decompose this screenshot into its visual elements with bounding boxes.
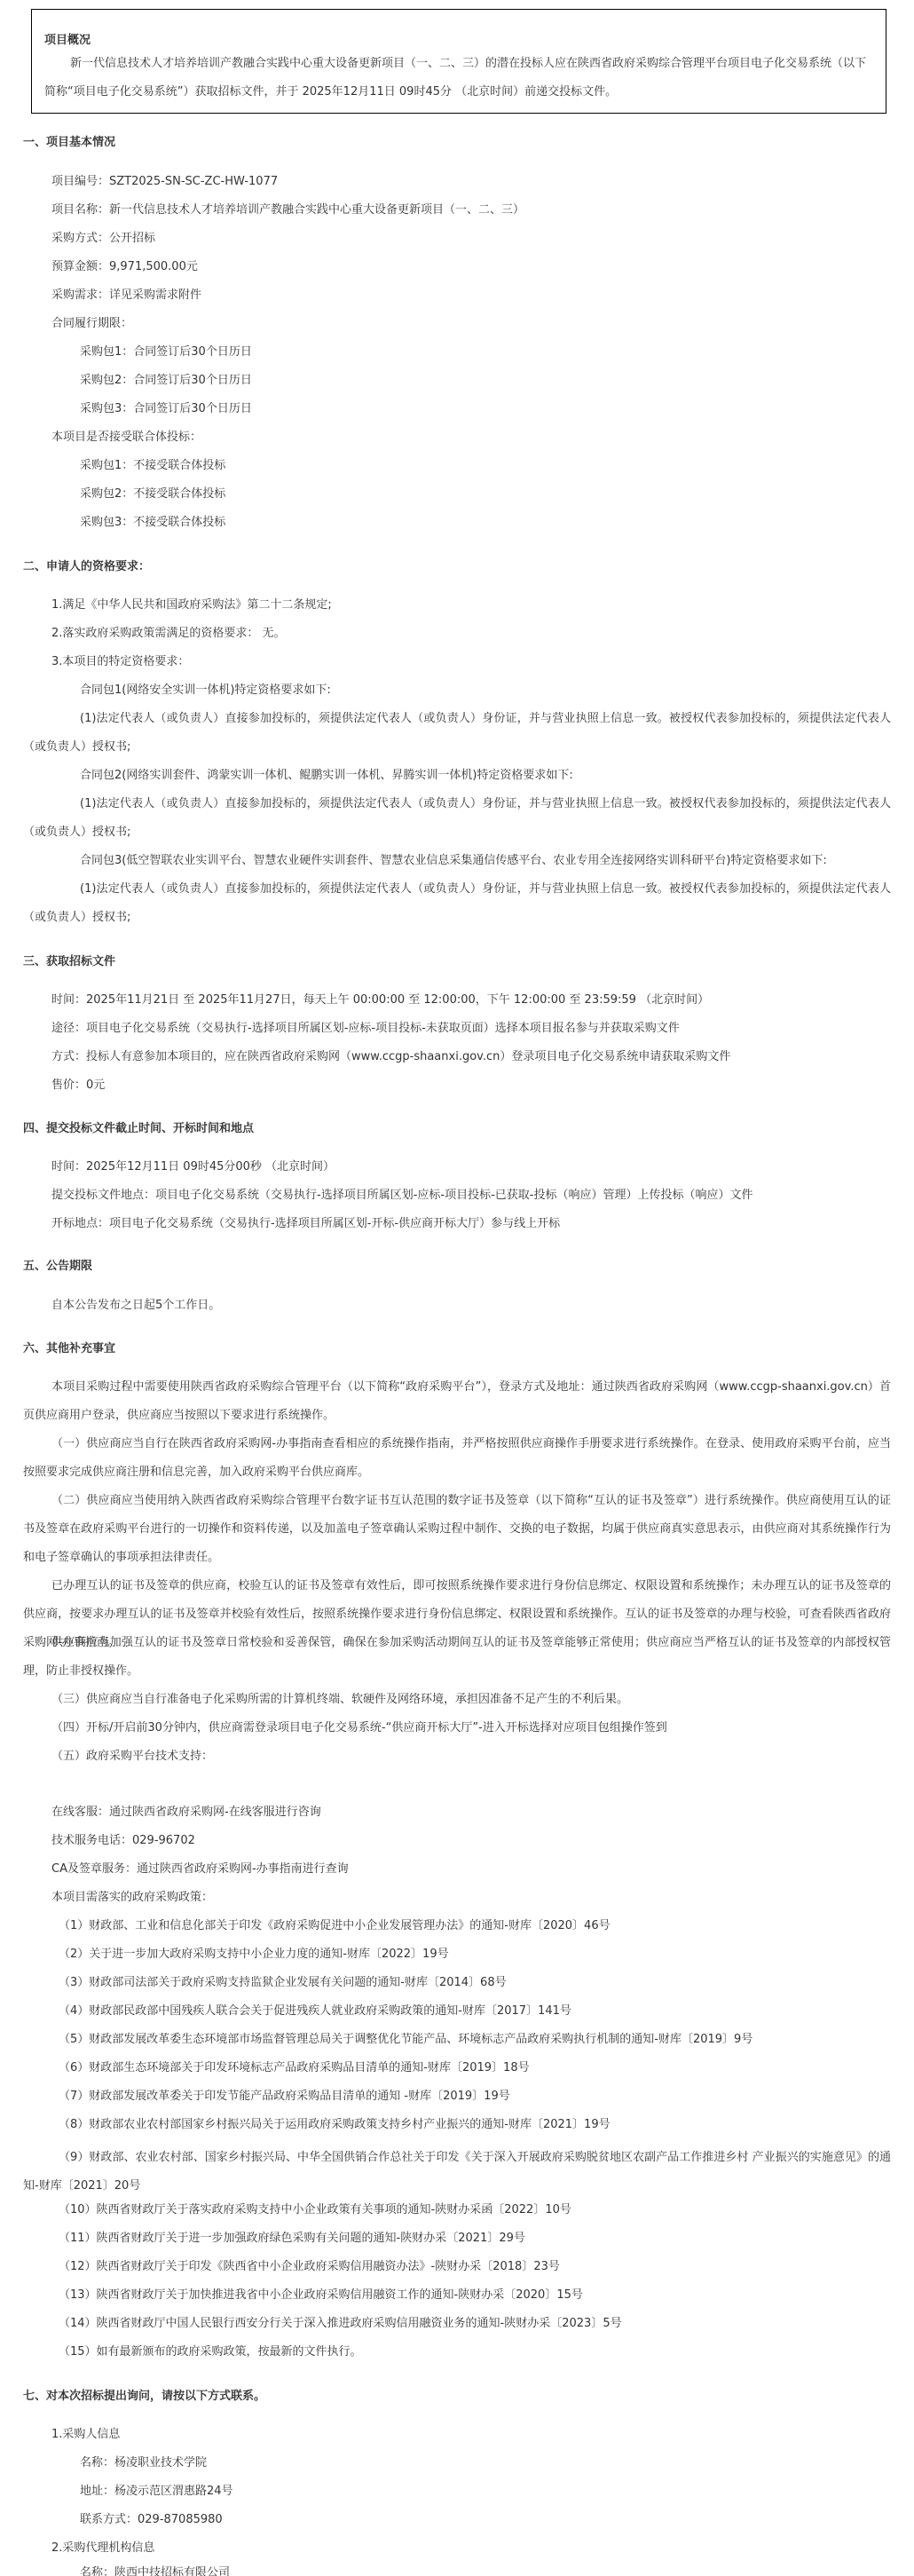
- package-2-title: 合同包2(网络实训套件、鸿蒙实训一体机、鲲鹏实训一体机、昇腾实训一体机)特定资格…: [80, 768, 573, 784]
- bid-doc-route: 途径：项目电子化交易系统（交易执行-选择项目所属区划-应标-项目投标-未获取页面…: [51, 1021, 680, 1037]
- consortium-package-3: 采购包3：不接受联合体投标: [80, 515, 225, 531]
- package-3-requirement: (1)法定代表人（或负责人）直接参加投标的，须提供法定代表人（或负责人）身份证，…: [23, 875, 891, 932]
- qualification-item-3: 3.本项目的特定资格要求：: [51, 654, 189, 670]
- opening-place: 开标地点：项目电子化交易系统（交易执行-选择项目所属区划-开标-供应商开标大厅）…: [51, 1216, 560, 1232]
- budget-amount: 预算金额：9,971,500.00元: [51, 259, 198, 275]
- package-1-requirement: (1)法定代表人（或负责人）直接参加投标的，须提供法定代表人（或负责人）身份证，…: [23, 705, 891, 762]
- policy-label: 本项目需落实的政府采购政策：: [51, 1890, 213, 1906]
- section-5-heading: 五、公告期限: [23, 1259, 92, 1275]
- supplement-item-5: （五）政府采购平台技术支持：: [23, 1742, 891, 1771]
- tech-phone: 技术服务电话：029-96702: [51, 1833, 195, 1849]
- agency-info-label: 2.采购代理机构信息: [51, 2540, 154, 2556]
- section-7-heading: 七、对本次招标提出询问，请按以下方式联系。: [23, 2389, 265, 2405]
- policy-item: （5）财政部发展改革委生态环境部市场监督管理总局关于调整优化节能产品、环境标志产…: [59, 2032, 752, 2048]
- announcement-period: 自本公告发布之日起5个工作日。: [51, 1298, 220, 1314]
- project-name: 项目名称：新一代信息技术人才培养培训产教融合实践中心重大设备更新项目（一、二、三…: [51, 202, 524, 218]
- policy-item: （4）财政部民政部中国残疾人联合会关于促进残疾人就业政府采购政策的通知-财库〔2…: [59, 2003, 571, 2019]
- agency-name: 名称：陕西中技招标有限公司: [80, 2565, 230, 2576]
- policy-item: （7）财政部发展改革委关于印发节能产品政府采购品目清单的通知 -财库〔2019〕…: [59, 2089, 510, 2105]
- buyer-contact: 联系方式：029-87085980: [80, 2512, 223, 2528]
- contract-period-package-1: 采购包1：合同签订后30个日历日: [80, 344, 252, 360]
- overview-title: 项目概况: [44, 33, 91, 49]
- policy-item: （3）财政部司法部关于政府采购支持监狱企业发展有关问题的通知-财库〔2014〕6…: [59, 1975, 507, 1991]
- online-service: 在线客服：通过陕西省政府采购网-在线客服进行咨询: [51, 1805, 321, 1821]
- bid-doc-time: 时间：2025年11月21日 至 2025年11月27日，每天上午 00:00:…: [51, 992, 709, 1008]
- contract-period-package-3: 采购包3：合同签订后30个日历日: [80, 401, 252, 417]
- policy-item: （9）财政部、农业农村部、国家乡村振兴局、中华全国供销合作总社关于印发《关于深入…: [23, 2144, 891, 2201]
- procurement-requirement: 采购需求：详见采购需求附件: [51, 288, 201, 304]
- policy-item: （15）如有最新颁布的政府采购政策，按最新的文件执行。: [59, 2344, 362, 2360]
- package-3-title: 合同包3(低空智联农业实训平台、智慧农业硬件实训套件、智慧农业信息采集通信传感平…: [80, 853, 827, 869]
- section-2-heading: 二、申请人的资格要求：: [23, 559, 150, 575]
- qualification-item-2: 2.落实政府采购政策需满足的资格要求： 无。: [51, 626, 286, 642]
- supplement-item-4: （四）开标/开启前30分钟内，供应商需登录项目电子化交易系统-“供应商开标大厅”…: [23, 1714, 891, 1742]
- submit-place: 提交投标文件地点：项目电子化交易系统（交易执行-选择项目所属区划-应标-项目投标…: [51, 1188, 752, 1204]
- section-6-heading: 六、其他补充事宜: [23, 1341, 115, 1357]
- section-4-heading: 四、提交投标文件截止时间、开标时间和地点: [23, 1121, 254, 1137]
- policy-item: （12）陕西省财政厅关于印发《陕西省中小企业政府采购信用融资办法》-陕财办采〔2…: [59, 2259, 560, 2275]
- policy-item: （14）陕西省财政厅中国人民银行西安分行关于深入推进政府采购信用融资业务的通知-…: [59, 2316, 622, 2332]
- supplement-intro: 本项目采购过程中需要使用陕西省政府采购综合管理平台（以下简称“政府采购平台”），…: [23, 1373, 891, 1430]
- supplement-item-3: （三）供应商应当自行准备电子化采购所需的计算机终端、软硬件及网络环境，承担因准备…: [23, 1686, 891, 1714]
- section-3-heading: 三、获取招标文件: [23, 954, 115, 970]
- policy-item: （8）财政部农业农村部国家乡村振兴局关于运用政府采购政策支持乡村产业振兴的通知-…: [59, 2117, 611, 2133]
- procurement-method: 采购方式：公开招标: [51, 231, 155, 247]
- package-1-title: 合同包1(网络安全实训一体机)特定资格要求如下:: [80, 683, 331, 699]
- bid-doc-price: 售价：0元: [51, 1078, 105, 1094]
- policy-item: （1）财政部、工业和信息化部关于印发《政府采购促进中小企业发展管理办法》的通知-…: [59, 1918, 611, 1934]
- policy-item: （2）关于进一步加大政府采购支持中小企业力度的通知-财库〔2022〕19号: [59, 1947, 449, 1963]
- policy-item: （13）陕西省财政厅关于加快推进我省中小企业政府采购信用融资工作的通知-陕财办采…: [59, 2288, 583, 2303]
- consortium-package-1: 采购包1：不接受联合体投标: [80, 458, 225, 474]
- package-2-requirement: (1)法定代表人（或负责人）直接参加投标的，须提供法定代表人（或负责人）身份证，…: [23, 790, 891, 847]
- policy-item: （6）财政部生态环境部关于印发环境标志产品政府采购品目清单的通知-财库〔2019…: [59, 2060, 530, 2076]
- buyer-name: 名称：杨凌职业技术学院: [80, 2455, 207, 2471]
- bid-doc-method: 方式：投标人有意参加本项目的，应在陕西省政府采购网（www.ccgp-shaan…: [51, 1049, 730, 1065]
- buyer-address: 地址：杨凌示范区渭惠路24号: [80, 2484, 233, 2500]
- policy-item: （10）陕西省财政厅关于落实政府采购支持中小企业政策有关事项的通知-陕财办采函〔…: [59, 2202, 571, 2218]
- policy-item: （11）陕西省财政厅关于进一步加强政府绿色采购有关问题的通知-陕财办采〔2021…: [59, 2231, 525, 2247]
- ca-service: CA及签章服务：通过陕西省政府采购网-办事指南进行查询: [51, 1861, 349, 1877]
- project-number: 项目编号：SZT2025-SN-SC-ZC-HW-1077: [51, 174, 278, 190]
- qualification-item-1: 1.满足《中华人民共和国政府采购法》第二十二条规定;: [51, 597, 332, 613]
- section-1-heading: 一、项目基本情况: [23, 135, 115, 151]
- supplement-item-2: （二）供应商应当使用纳入陕西省政府采购综合管理平台数字证书互认范围的数字证书及签…: [23, 1487, 891, 1572]
- supplement-item-1: （一）供应商应当自行在陕西省政府采购网-办事指南查看相应的系统操作指南，并严格按…: [23, 1430, 891, 1487]
- buyer-info-label: 1.采购人信息: [51, 2427, 120, 2443]
- contract-period-package-2: 采购包2：合同签订后30个日历日: [80, 373, 252, 389]
- consortium-package-2: 采购包2：不接受联合体投标: [80, 486, 225, 502]
- supplement-cert-keep: 供应商应当加强互认的证书及签章日常校验和妥善保管，确保在参加采购活动期间互认的证…: [23, 1629, 891, 1686]
- overview-body: 新一代信息技术人才培养培训产教融合实践中心重大设备更新项目（一、二、三）的潜在投…: [44, 50, 873, 107]
- consortium-label: 本项目是否接受联合体投标：: [51, 430, 201, 446]
- contract-period-label: 合同履行期限：: [51, 316, 132, 332]
- deadline-time: 时间：2025年12月11日 09时45分00秒 （北京时间）: [51, 1159, 335, 1175]
- project-overview-box: 项目概况 新一代信息技术人才培养培训产教融合实践中心重大设备更新项目（一、二、三…: [31, 9, 886, 114]
